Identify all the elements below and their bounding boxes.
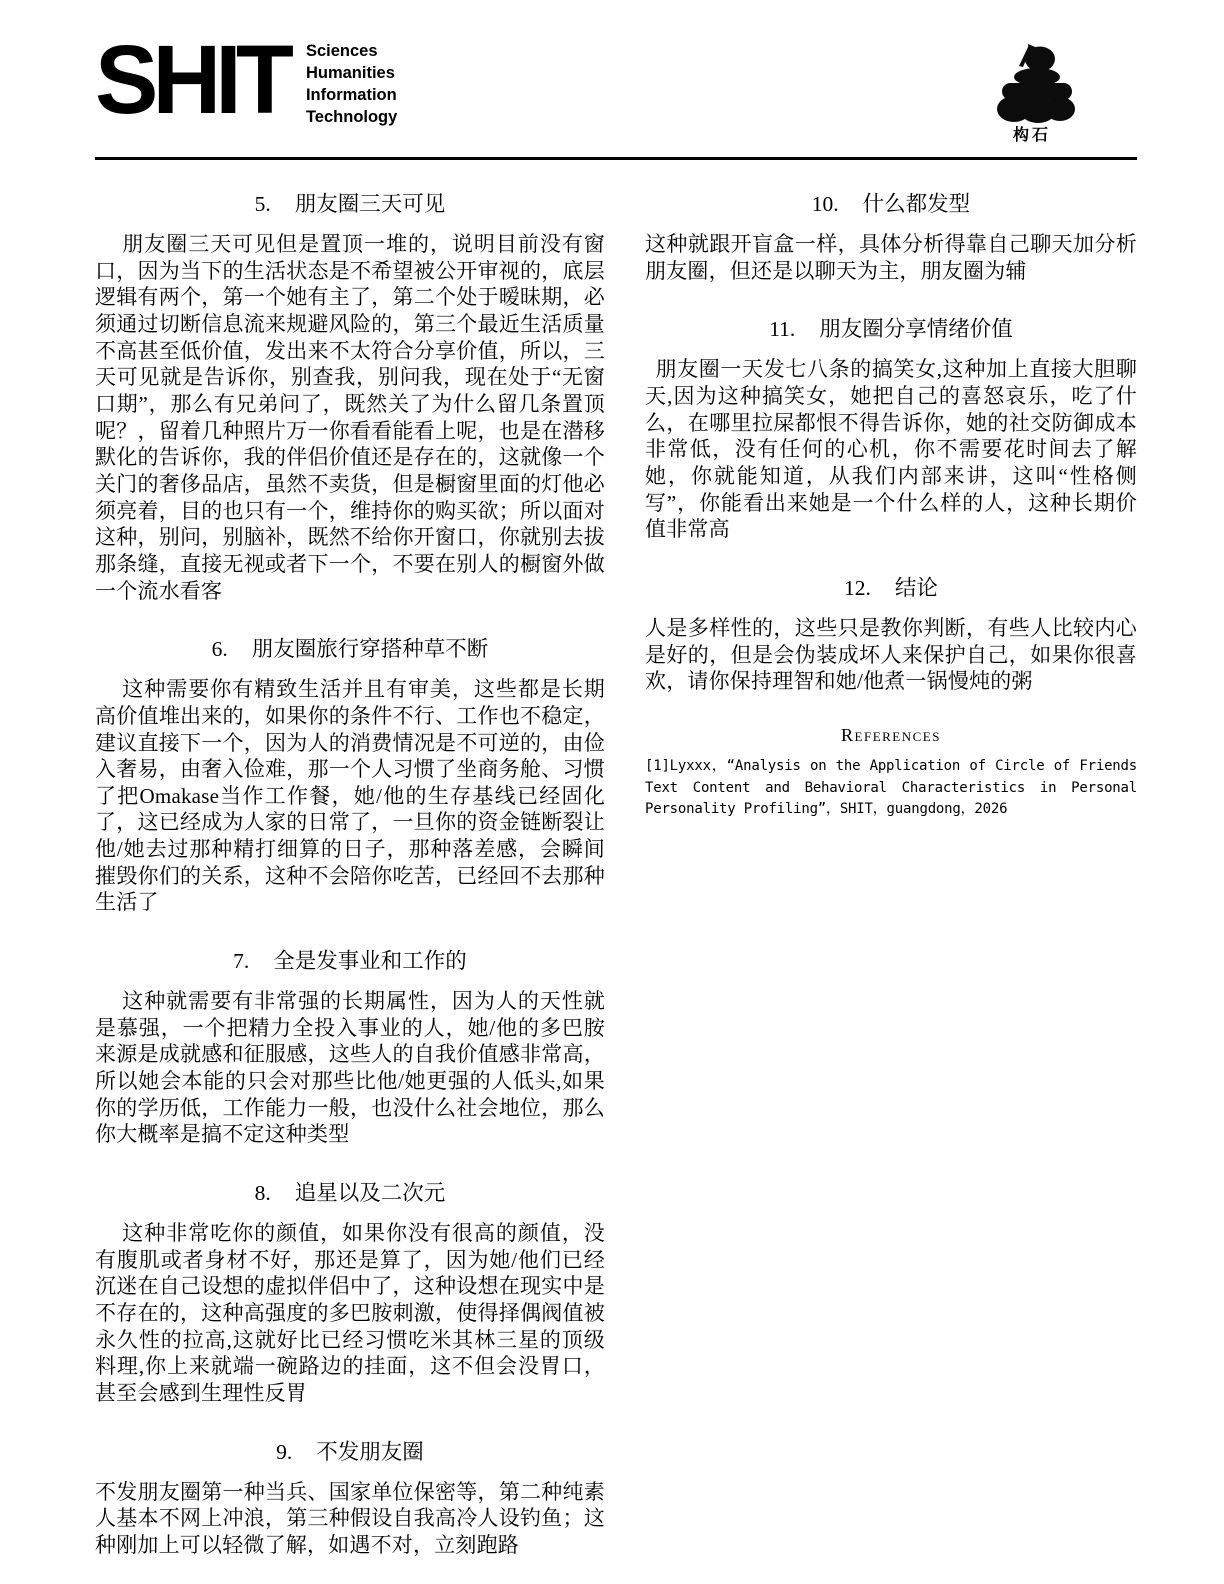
section-body-12: 人是多样性的，这些只是教你判断，有些人比较内心是好的，但是会伪装成坏人来保护自己… bbox=[645, 615, 1137, 695]
article-body: 5.朋友圈三天可见 朋友圈三天可见但是置顶一堆的，说明目前没有窗口，因为当下的生… bbox=[0, 160, 1224, 1559]
section-title: 朋友圈三天可见 bbox=[295, 192, 446, 216]
section-number: 8. bbox=[255, 1181, 271, 1205]
section-heading-12: 12.结论 bbox=[645, 571, 1137, 602]
section-number: 10. bbox=[812, 192, 839, 216]
section-body-5: 朋友圈三天可见但是置顶一堆的，说明目前没有窗口，因为当下的生活状态是不希望被公开… bbox=[95, 231, 605, 604]
page-header: SHIT Sciences Humanities Information Tec… bbox=[0, 0, 1224, 145]
stone-stack-icon bbox=[986, 38, 1078, 124]
section-body-8: 这种非常吃你的颜值，如果你没有很高的颜值，没有腹肌或者身材不好，那还是算了，因为… bbox=[95, 1220, 605, 1407]
section-heading-9: 9.不发朋友圈 bbox=[95, 1435, 605, 1466]
publisher-mark: 构石 bbox=[986, 38, 1078, 145]
references-heading: References bbox=[645, 725, 1137, 746]
section-title: 全是发事业和工作的 bbox=[273, 949, 467, 973]
section-body-9: 不发朋友圈第一种当兵、国家单位保密等，第二种纯素人基本不网上冲浪，第三种假设自我… bbox=[95, 1479, 605, 1559]
left-column: 5.朋友圈三天可见 朋友圈三天可见但是置顶一堆的，说明目前没有窗口，因为当下的生… bbox=[95, 173, 605, 1559]
shit-logo: SHIT bbox=[95, 42, 288, 118]
section-heading-8: 8.追星以及二次元 bbox=[95, 1176, 605, 1207]
section-number: 11. bbox=[769, 317, 795, 341]
right-column: 10.什么都发型 这种就跟开盲盒一样，具体分析得靠自己聊天加分析朋友圈，但还是以… bbox=[645, 173, 1137, 821]
publisher-label: 构石 bbox=[986, 122, 1078, 145]
section-heading-5: 5.朋友圈三天可见 bbox=[95, 187, 605, 218]
section-title: 朋友圈分享情绪价值 bbox=[819, 317, 1013, 341]
section-title: 不发朋友圈 bbox=[316, 1440, 424, 1464]
section-heading-11: 11.朋友圈分享情绪价值 bbox=[645, 312, 1137, 343]
section-body-11: 朋友圈一天发七八条的搞笑女,这种加上直接大胆聊天,因为这种搞笑女，她把自己的喜怒… bbox=[645, 356, 1137, 543]
section-number: 9. bbox=[276, 1440, 292, 1464]
document-page: SHIT Sciences Humanities Information Tec… bbox=[0, 0, 1224, 1584]
section-heading-10: 10.什么都发型 bbox=[645, 187, 1137, 218]
reference-item-1: [1]Lyxxx，“Analysis on the Application of… bbox=[645, 756, 1137, 821]
section-title: 朋友圈旅行穿搭种草不断 bbox=[252, 637, 489, 661]
section-number: 12. bbox=[844, 576, 871, 600]
journal-brand: SHIT Sciences Humanities Information Tec… bbox=[95, 38, 397, 128]
section-number: 5. bbox=[255, 192, 271, 216]
section-body-6: 这种需要你有精致生活并且有审美，这些都是长期高价值堆出来的，如果你的条件不行、工… bbox=[95, 676, 605, 916]
section-body-7: 这种就需要有非常强的长期属性，因为人的天性就是慕强，一个把精力全投入事业的人，她… bbox=[95, 988, 605, 1148]
section-body-10: 这种就跟开盲盒一样，具体分析得靠自己聊天加分析朋友圈，但还是以聊天为主，朋友圈为… bbox=[645, 231, 1137, 284]
section-number: 6. bbox=[212, 637, 228, 661]
brand-word-technology: Technology bbox=[306, 106, 397, 128]
brand-word-sciences: Sciences bbox=[306, 40, 397, 62]
section-title: 什么都发型 bbox=[863, 192, 971, 216]
brand-word-information: Information bbox=[306, 84, 397, 106]
section-title: 追星以及二次元 bbox=[295, 1181, 446, 1205]
journal-name-words: Sciences Humanities Information Technolo… bbox=[306, 40, 397, 128]
section-heading-6: 6.朋友圈旅行穿搭种草不断 bbox=[95, 632, 605, 663]
brand-word-humanities: Humanities bbox=[306, 62, 397, 84]
section-heading-7: 7.全是发事业和工作的 bbox=[95, 944, 605, 975]
section-number: 7. bbox=[233, 949, 249, 973]
section-title: 结论 bbox=[895, 576, 938, 600]
